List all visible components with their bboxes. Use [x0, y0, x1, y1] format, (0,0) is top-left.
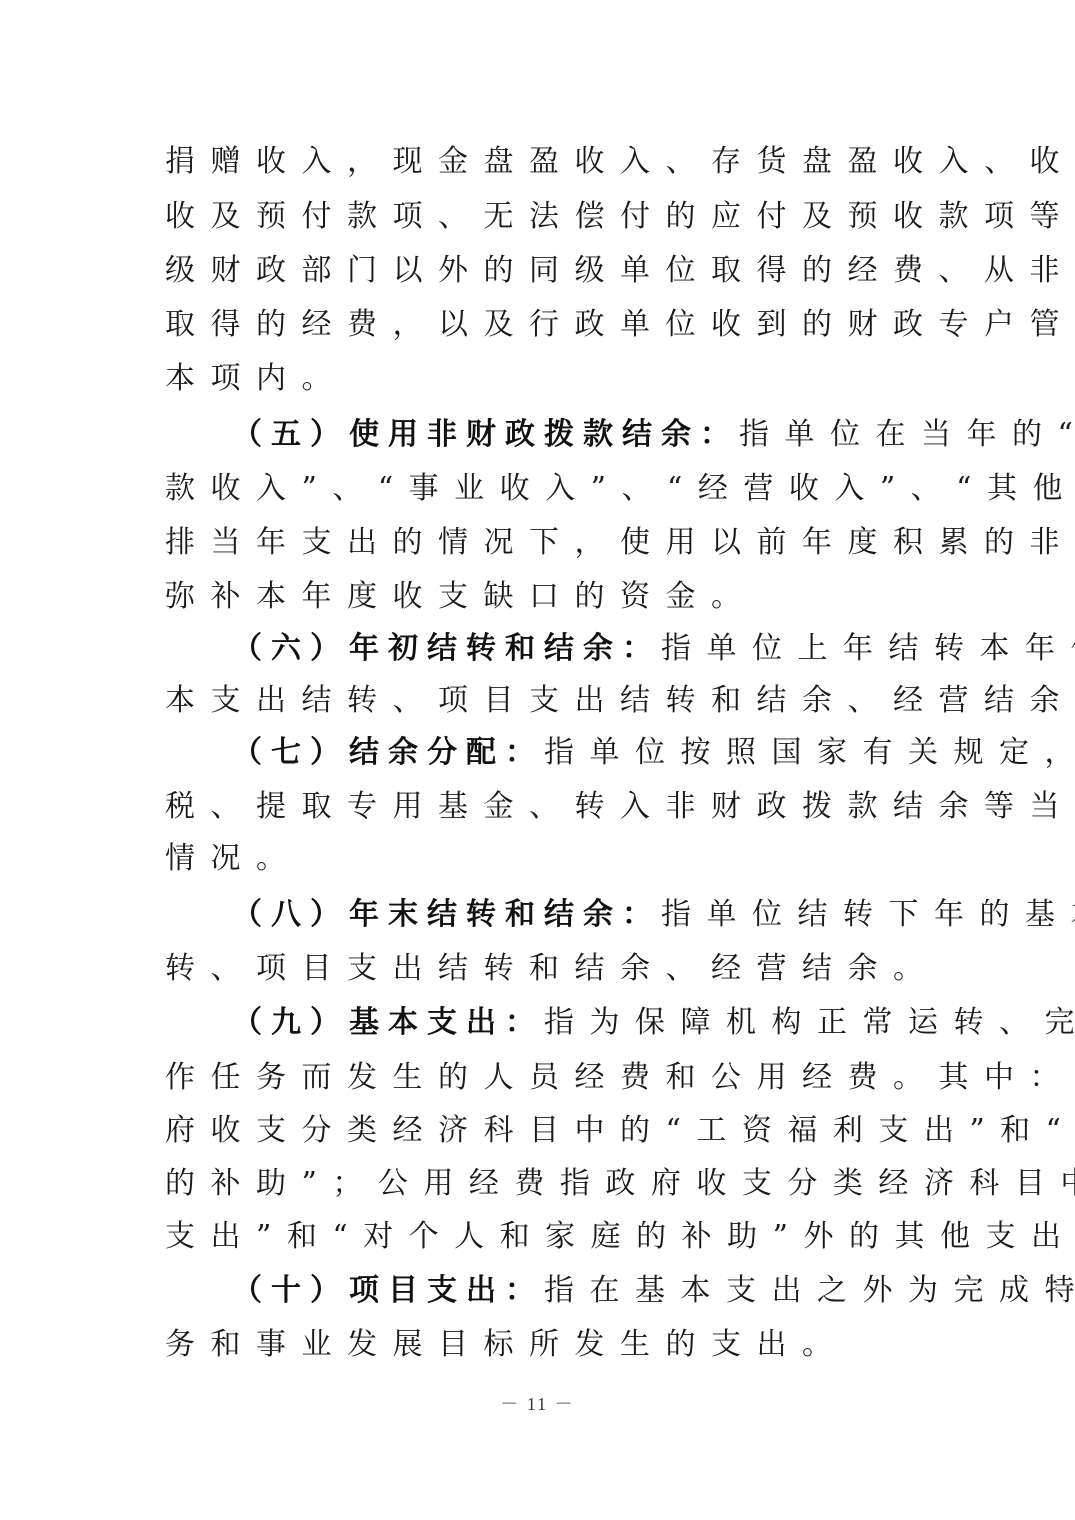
section-heading-line: （十）项目支出：指在基本支出之外为完成特定行政任 [232, 1266, 913, 1316]
paragraph-line: 转、项目支出结转和结余、经营结余。 [165, 944, 913, 994]
paragraph-line: 情况。 [165, 834, 913, 884]
paragraph-line: 弥补本年度收支缺口的资金。 [165, 572, 913, 622]
line-text: 府收支分类经济科目中的“工资福利支出”和“对个人和家庭 [165, 1113, 1075, 1148]
page-number: － 11 － [0, 1390, 1075, 1416]
line-text: 支出”和“对个人和家庭的补助”外的其他支出。 [165, 1219, 1075, 1254]
section-heading-6: （六）年初结转和结余： [232, 631, 661, 666]
line-text: 款收入”、“事业收入”、“经营收入”、“其他收入”等不足以安 [165, 471, 1075, 506]
line-text: 取得的经费，以及行政单位收到的财政专户管理资金反映在 [165, 307, 1075, 342]
paragraph-line: 税、提取专用基金、转入非财政拨款结余等当年结余的分配 [165, 782, 913, 832]
section-heading-line: （六）年初结转和结余：指单位上年结转本年使用的基 [232, 624, 913, 674]
section-heading-8: （八）年末结转和结余： [232, 897, 661, 932]
line-text: 弥补本年度收支缺口的资金。 [165, 579, 757, 614]
line-text: 收及预付款项、无法偿付的应付及预收款项等。各单位从本 [165, 199, 1075, 234]
line-text: 指单位按照国家有关规定，缴纳所得 [544, 735, 1075, 770]
paragraph-line: 取得的经费，以及行政单位收到的财政专户管理资金反映在 [165, 300, 913, 350]
line-text: 作任务而发生的人员经费和公用经费。其中：人员经费指政 [165, 1060, 1075, 1095]
paragraph-line: 本支出结转、项目支出结转和结余、经营结余。 [165, 676, 913, 726]
line-text: 排当年支出的情况下，使用以前年度积累的非财政拨款结余 [165, 525, 1075, 560]
line-text: 务和事业发展目标所发生的支出。 [165, 1327, 848, 1362]
paragraph-line: 款收入”、“事业收入”、“经营收入”、“其他收入”等不足以安 [165, 464, 913, 514]
paragraph-line: 级财政部门以外的同级单位取得的经费、从非本级财政部门 [165, 246, 913, 296]
line-text: 指在基本支出之外为完成特定行政任 [544, 1273, 1075, 1308]
paragraph-line: 的补助”；公用经费指政府收支分类经济科目中除“工资福利 [165, 1159, 913, 1209]
section-heading-5: （五）使用非财政拨款结余： [232, 417, 739, 452]
document-page: 捐赠收入，现金盘盈收入、存货盘盈收入、收回已核销的应 收及预付款项、无法偿付的应… [0, 0, 1075, 1520]
line-text: 指为保障机构正常运转、完成日常工 [544, 1005, 1075, 1040]
paragraph-line: 支出”和“对个人和家庭的补助”外的其他支出。 [165, 1212, 913, 1262]
line-text: 转、项目支出结转和结余、经营结余。 [165, 951, 939, 986]
paragraph-line: 务和事业发展目标所发生的支出。 [165, 1320, 913, 1370]
line-text: 的补助”；公用经费指政府收支分类经济科目中除“工资福利 [165, 1166, 1075, 1201]
line-text: 指单位结转下年的基本支出结 [661, 897, 1075, 932]
line-text: 级财政部门以外的同级单位取得的经费、从非本级财政部门 [165, 253, 1075, 288]
section-heading-line: （九）基本支出：指为保障机构正常运转、完成日常工 [232, 998, 913, 1048]
section-heading-line: （八）年末结转和结余：指单位结转下年的基本支出结 [232, 890, 913, 940]
line-text: 本支出结转、项目支出结转和结余、经营结余。 [165, 683, 1075, 718]
section-heading-10: （十）项目支出： [232, 1273, 544, 1308]
line-text: 指单位在当年的“财政拨 [739, 417, 1075, 452]
section-heading-line: （七）结余分配：指单位按照国家有关规定，缴纳所得 [232, 728, 913, 778]
paragraph-line: 收及预付款项、无法偿付的应付及预收款项等。各单位从本 [165, 192, 913, 242]
section-heading-9: （九）基本支出： [232, 1005, 544, 1040]
paragraph-line: 排当年支出的情况下，使用以前年度积累的非财政拨款结余 [165, 518, 913, 568]
line-text: 捐赠收入，现金盘盈收入、存货盘盈收入、收回已核销的应 [165, 144, 1075, 179]
paragraph-line: 府收支分类经济科目中的“工资福利支出”和“对个人和家庭 [165, 1106, 913, 1156]
section-heading-7: （七）结余分配： [232, 735, 544, 770]
line-text: 指单位上年结转本年使用的基 [661, 631, 1075, 666]
line-text: 税、提取专用基金、转入非财政拨款结余等当年结余的分配 [165, 789, 1075, 824]
line-text: 本项内。 [165, 361, 347, 396]
paragraph-line: 本项内。 [165, 354, 913, 404]
line-text: 情况。 [165, 841, 302, 876]
section-heading-line: （五）使用非财政拨款结余：指单位在当年的“财政拨 [232, 410, 913, 460]
paragraph-line: 作任务而发生的人员经费和公用经费。其中：人员经费指政 [165, 1053, 913, 1103]
paragraph-line: 捐赠收入，现金盘盈收入、存货盘盈收入、收回已核销的应 [165, 137, 913, 187]
